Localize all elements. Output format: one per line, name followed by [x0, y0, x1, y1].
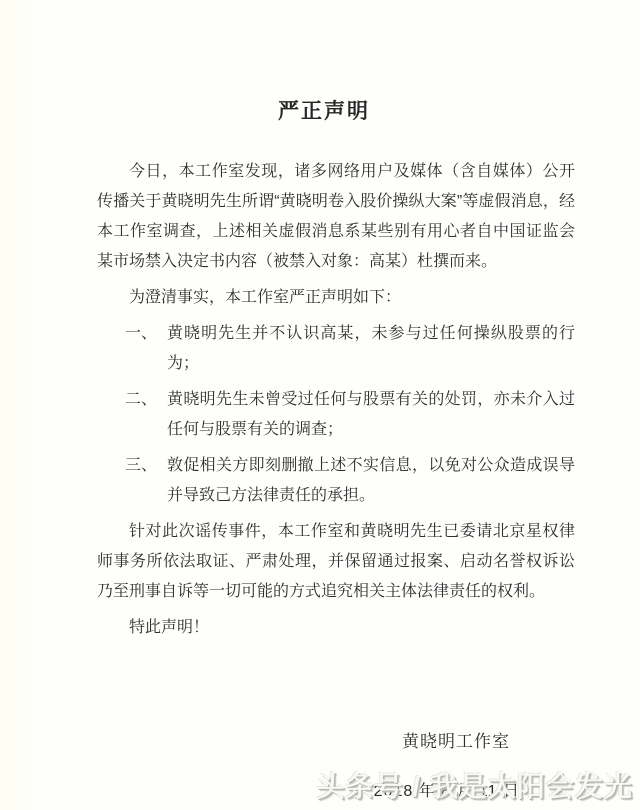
watermark: 头条号 / 我是太阳会发光 [317, 765, 633, 805]
paragraph: 针对此次谣传事件，本工作室和黄晓明先生已委请北京星权律师事务所依法取证、严肃处理… [97, 517, 575, 607]
item-marker: 二、 [125, 385, 167, 445]
item-marker: 一、 [125, 319, 167, 379]
item-text: 敦促相关方即刻删撤上述不实信息，以免对公众造成误导并导致己方法律责任的承担。 [167, 451, 575, 511]
statement-document: 严正声明 今日，本工作室发现，诸多网络用户及媒体（含自媒体）公开传播关于黄晓明先… [97, 0, 575, 801]
statement-item: 一、黄晓明先生并不认识高某，未参与过任何操纵股票的行为； [97, 319, 575, 379]
statement-item: 二、黄晓明先生未曾受过任何与股票有关的处罚，亦未介入过任何与股票有关的调查； [97, 385, 575, 445]
item-marker: 三、 [125, 451, 167, 511]
paragraph: 今日，本工作室发现，诸多网络用户及媒体（含自媒体）公开传播关于黄晓明先生所谓“黄… [97, 157, 575, 277]
document-title: 严正声明 [85, 95, 563, 125]
item-text: 黄晓明先生并不认识高某，未参与过任何操纵股票的行为； [167, 319, 575, 379]
paragraph: 特此声明！ [97, 613, 575, 643]
signature: 黄晓明工作室 [97, 727, 575, 752]
item-text: 黄晓明先生未曾受过任何与股票有关的处罚，亦未介入过任何与股票有关的调查； [167, 385, 575, 445]
paragraph: 为澄清事实，本工作室严正声明如下： [97, 283, 575, 313]
statement-item: 三、敦促相关方即刻删撤上述不实信息，以免对公众造成误导并导致己方法律责任的承担。 [97, 451, 575, 511]
document-body: 今日，本工作室发现，诸多网络用户及媒体（含自媒体）公开传播关于黄晓明先生所谓“黄… [97, 157, 575, 643]
